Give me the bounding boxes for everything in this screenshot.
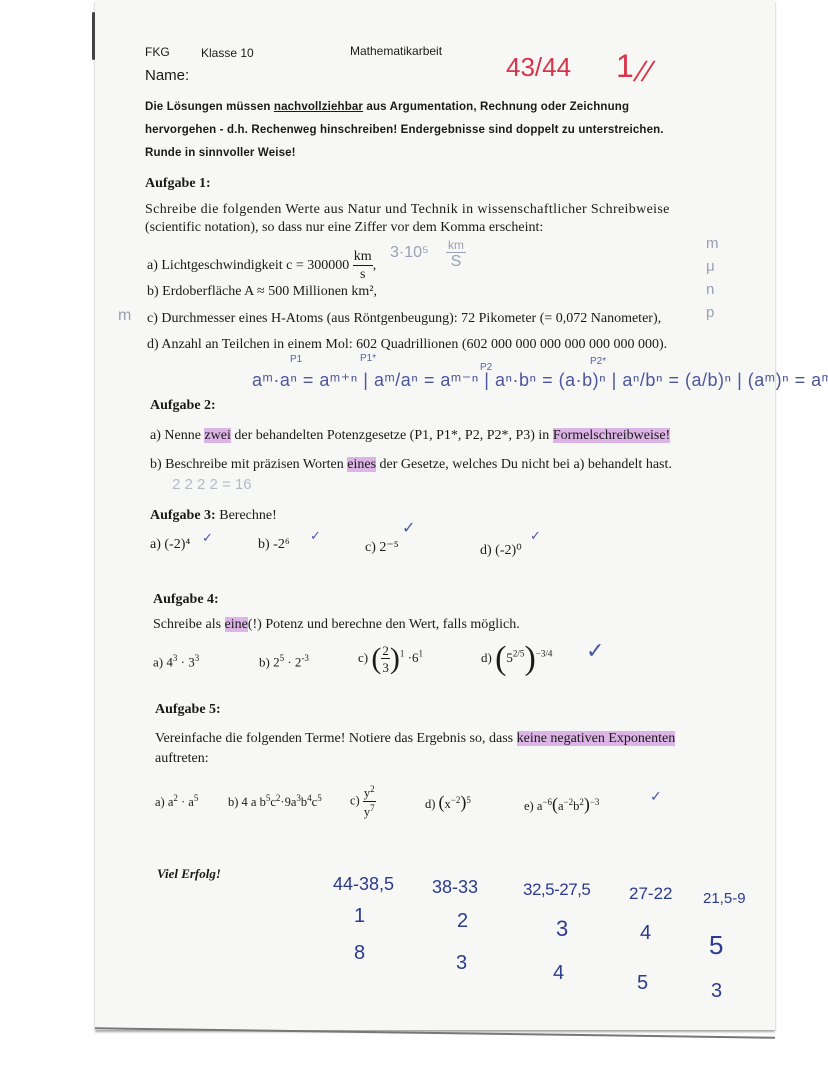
count-grade-3: 4 <box>553 962 564 985</box>
task-2b: b) Beschreibe mit präzisen Worten eines … <box>150 457 672 473</box>
task-4d: d) (52/5)−3/4 <box>481 640 552 678</box>
instructions-line-2: hervorgehen - d.h. Rechenweg hinschreibe… <box>145 119 664 142</box>
binder-mark <box>92 12 95 60</box>
name-label: Name: <box>145 67 189 84</box>
task-5-text: Vereinfache die folgenden Terme! Notiere… <box>155 731 675 747</box>
count-grade-1: 8 <box>354 942 365 965</box>
task-5b: b) 4 a b5c2·9a3b4c5 <box>228 793 322 810</box>
task-3c: c) 2⁻⁵ <box>365 539 399 556</box>
task-3b: b) -2⁶ <box>258 537 290 553</box>
count-grade-4: 5 <box>637 972 648 995</box>
task-5c: c) y2y7 <box>350 785 376 818</box>
count-grade-2: 3 <box>456 952 467 975</box>
class-label: Klasse 10 <box>201 46 254 60</box>
task-1-text-2: (scientific notation), so dass nur eine … <box>145 220 543 236</box>
range-2: 38-33 <box>432 877 478 898</box>
range-5: 21,5-9 <box>703 890 746 907</box>
task-5-text-2: auftreten: <box>155 751 209 767</box>
task-1-title: Aufgabe 1: <box>145 176 211 192</box>
task-5d: d) (x−2)5 <box>425 792 471 813</box>
law-label-p1-star: P1* <box>360 353 376 364</box>
grade-3: 3 <box>556 916 568 942</box>
count-grade-5: 3 <box>711 980 722 1003</box>
task-4-title: Aufgabe 4: <box>153 592 219 608</box>
task-4c: c) (23)1 ·61 <box>358 642 423 676</box>
task-5e: e) a−6(a−2b2)−3 <box>524 794 599 815</box>
task-1a-answer-unit: km S <box>446 238 466 271</box>
task-3-title: Aufgabe 3: Berechne! <box>150 508 277 524</box>
grade-mark: 1 <box>616 48 634 85</box>
task-1-text-1: Schreibe die folgenden Werte aus Natur u… <box>145 202 670 218</box>
task-4b: b) 25 · 2-3 <box>259 653 309 670</box>
school-label: FKG <box>145 45 170 59</box>
task-5a: a) a2 · a5 <box>155 793 198 810</box>
task-1a-answer: 3·10⁵ <box>390 244 429 262</box>
check-icon: ✓ <box>586 638 604 664</box>
law-label-p2-star: P2* <box>590 356 606 367</box>
left-margin-mark: m <box>118 307 131 325</box>
range-1: 44-38,5 <box>333 874 394 895</box>
grade-4: 4 <box>640 922 651 945</box>
task-1c: c) Durchmesser eines H-Atoms (aus Röntge… <box>147 311 661 327</box>
task-2a: a) Nenne zwei der behandelten Potenzgese… <box>150 428 670 444</box>
task-1b: b) Erdoberfläche A ≈ 500 Millionen km², <box>147 284 377 300</box>
task-4-text: Schreibe als eine(!) Potenz und berechne… <box>153 617 520 633</box>
task-2-title: Aufgabe 2: <box>150 398 216 414</box>
check-icon: ✓ <box>202 530 213 546</box>
handwritten-power-laws: aᵐ·aⁿ = aᵐ⁺ⁿ | aᵐ/aⁿ = aᵐ⁻ⁿ | aⁿ·bⁿ = (a… <box>252 370 828 391</box>
task-5-title: Aufgabe 5: <box>155 702 221 718</box>
grade-5: 5 <box>709 930 723 961</box>
instructions-line-3: Runde in sinnvoller Weise! <box>145 142 296 165</box>
grade-2: 2 <box>457 910 468 933</box>
task-1a: a) Lichtgeschwindigkeit c = 300000 kms, <box>147 250 376 282</box>
score-mark: 43/44 <box>506 52 571 83</box>
margin-prefixes: m μ n p <box>706 232 719 324</box>
instructions-line-1: Die Lösungen müssen nachvollziehbar aus … <box>145 96 629 119</box>
range-4: 27-22 <box>629 884 672 904</box>
subject-label: Mathematikarbeit <box>350 44 442 58</box>
task-1d: d) Anzahl an Teilchen in einem Mol: 602 … <box>147 337 667 353</box>
check-icon: ✓ <box>650 788 662 805</box>
check-icon: ✓ <box>530 528 541 544</box>
task-4a: a) 43 · 33 <box>153 653 199 670</box>
task-3d: d) (-2)⁰ <box>480 542 522 559</box>
grade-1: 1 <box>354 905 365 928</box>
range-3: 32,5-27,5 <box>523 880 590 900</box>
check-icon: ✓ <box>310 528 321 544</box>
closing-text: Viel Erfolg! <box>157 866 221 882</box>
scribble: 2 2 2 2 = 16 <box>172 476 252 493</box>
task-3a: a) (-2)⁴ <box>150 537 190 553</box>
law-label-p1: P1 <box>290 354 302 365</box>
check-icon: ✓ <box>402 518 415 538</box>
